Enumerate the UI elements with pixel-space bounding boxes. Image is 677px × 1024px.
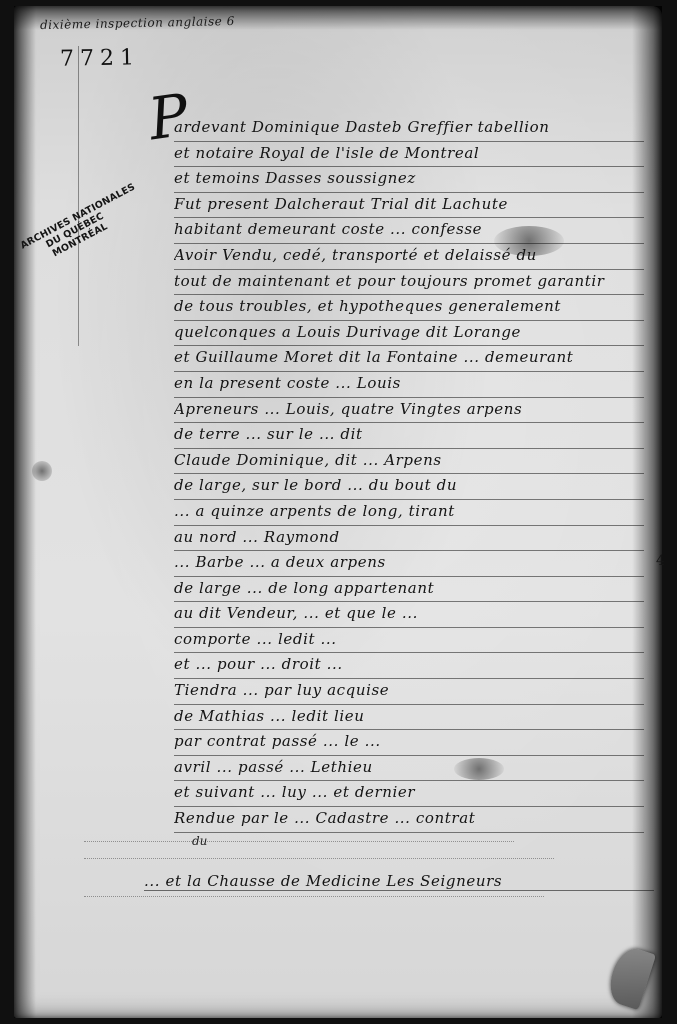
margin-rule [78,46,79,346]
ink-smudge [454,758,504,780]
text-line: ... Barbe ... a deux arpens [174,551,644,577]
text-line: de Mathias ... ledit lieu [174,705,644,731]
text-line: de large ... de long appartenant [174,577,644,603]
ink-smudge [494,226,564,256]
scan-left-edge [14,6,36,1018]
text-line: et suivant ... luy ... et dernier [174,781,644,807]
faint-ruled-line [84,896,544,897]
ink-blot [32,461,52,481]
text-line: ... a quinze arpents de long, tirant [174,500,644,526]
faint-ruled-line [84,858,554,859]
text-line: de tous troubles, et hypotheques general… [174,295,644,321]
document-scan: dixième inspection anglaise 6 7721 ARCHI… [0,0,677,1024]
text-line: Claude Dominique, dit ... Arpens [174,449,644,475]
text-line: ardevant Dominique Dasteb Greffier tabel… [174,116,644,142]
text-line: en la present coste ... Louis [174,372,644,398]
folio-number: 7721 [60,45,140,71]
text-line: de large, sur le bord ... du bout du [174,474,644,500]
text-line: au dit Vendeur, ... et que le ... [174,602,644,628]
text-line: Fut present Dalcheraut Trial dit Lachute [174,193,644,219]
text-line: et Guillaume Moret dit la Fontaine ... d… [174,346,644,372]
text-line: Avoir Vendu, cedé, transporté et delaiss… [174,244,644,270]
text-line: Tiendra ... par luy acquise [174,679,644,705]
text-line: et notaire Royal de l'isle de Montreal [174,142,644,168]
text-line: Apreneurs ... Louis, quatre Vingtes arpe… [174,398,644,424]
text-line: au nord ... Raymond [174,526,644,552]
manuscript-page: dixième inspection anglaise 6 7721 ARCHI… [14,6,662,1018]
text-line: et ... pour ... droit ... [174,653,644,679]
text-line: et temoins Dasses soussignez [174,167,644,193]
text-line: habitant demeurant coste ... confesse [174,218,644,244]
text-line: tout de maintenant et pour toujours prom… [174,270,644,296]
faint-ruled-line [84,841,514,842]
word-du: du [192,834,207,848]
text-line: comporte ... ledit ... [174,628,644,654]
text-line: quelconques a Louis Durivage dit Lorange [174,321,644,347]
text-line: avril ... passé ... Lethieu [174,756,644,782]
right-margin-mark: 4 [656,553,665,569]
text-line: par contrat passé ... le ... [174,730,644,756]
manuscript-body: ardevant Dominique Dasteb Greffier tabel… [174,116,644,833]
text-line: de terre ... sur le ... dit [174,423,644,449]
text-line: Rendue par le ... Cadastre ... contrat [174,807,644,833]
closing-line: ... et la Chausse de Medicine Les Seigne… [144,872,654,891]
